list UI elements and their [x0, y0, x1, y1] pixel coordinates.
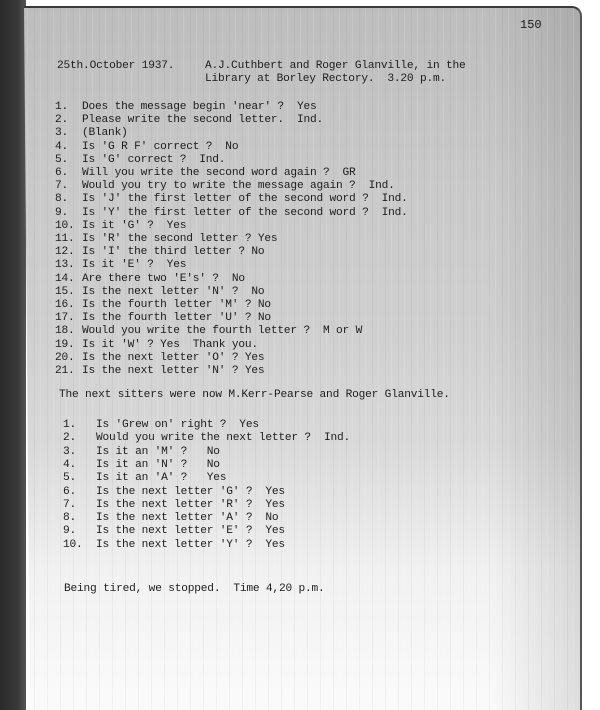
- item-number: 6.: [55, 167, 82, 179]
- item-number: 13.: [55, 259, 82, 271]
- item-text: Will you write the second word again ? G…: [82, 167, 356, 179]
- list-item: 8.Is the next letter 'A' ? No: [63, 512, 278, 524]
- page-shadow: [490, 8, 580, 710]
- item-number: 14.: [55, 273, 82, 285]
- item-number: 18.: [55, 325, 82, 337]
- item-number: 4.: [63, 459, 96, 471]
- list-item: 10.Is it 'G' ? Yes: [55, 220, 186, 232]
- item-number: 7.: [63, 499, 96, 511]
- item-text: Is the next letter 'G' ? Yes: [96, 486, 285, 498]
- list-item: 5.Is it an 'A' ? Yes: [63, 472, 226, 484]
- item-number: 21.: [55, 365, 82, 377]
- item-number: 9.: [63, 525, 96, 537]
- list-item: 13.Is it 'E' ? Yes: [55, 259, 186, 271]
- list-item: 20.Is the next letter 'O' ? Yes: [55, 352, 264, 364]
- page-number: 150: [520, 18, 542, 32]
- list-item: 21.Is the next letter 'N' ? Yes: [55, 365, 264, 377]
- item-text: Is it an 'A' ? Yes: [96, 472, 226, 484]
- item-text: Is the next letter 'A' ? No: [96, 512, 278, 524]
- item-number: 2.: [55, 114, 82, 126]
- item-text: Is the next letter 'R' ? Yes: [96, 499, 285, 511]
- header-location: Library at Borley Rectory. 3.20 p.m.: [205, 73, 446, 85]
- list-item: 7.Would you try to write the message aga…: [55, 180, 395, 192]
- interlude-note: The next sitters were now M.Kerr-Pearse …: [59, 389, 450, 401]
- list-item: 18.Would you write the fourth letter ? M…: [55, 325, 362, 337]
- item-number: 16.: [55, 299, 82, 311]
- list-item: 17.Is the fourth letter 'U' ? No: [55, 312, 271, 324]
- item-text: Is the next letter 'E' ? Yes: [96, 525, 285, 537]
- item-text: Is 'Y' the first letter of the second wo…: [82, 207, 408, 219]
- list-item: 16.Is the fourth letter 'M' ? No: [55, 299, 271, 311]
- item-text: Is the next letter 'Y' ? Yes: [96, 539, 285, 551]
- header-sitters: A.J.Cuthbert and Roger Glanville, in the: [205, 60, 466, 72]
- list-item: 15.Is the next letter 'N' ? No: [55, 286, 264, 298]
- item-number: 6.: [63, 486, 96, 498]
- item-number: 20.: [55, 352, 82, 364]
- list-item: 8.Is 'J' the first letter of the second …: [55, 193, 408, 205]
- item-text: Is it 'W' ? Yes Thank you.: [82, 339, 258, 351]
- item-text: Is 'J' the first letter of the second wo…: [82, 193, 408, 205]
- list-item: 3.Is it an 'M' ? No: [63, 446, 220, 458]
- item-number: 19.: [55, 339, 82, 351]
- closing-note: Being tired, we stopped. Time 4,20 p.m.: [64, 583, 325, 595]
- item-number: 5.: [63, 472, 96, 484]
- item-number: 3.: [55, 127, 82, 139]
- list-item: 4.Is it an 'N' ? No: [63, 459, 220, 471]
- item-text: Is the next letter 'O' ? Yes: [82, 352, 264, 364]
- item-number: 17.: [55, 312, 82, 324]
- item-number: 1.: [63, 419, 96, 431]
- item-number: 8.: [63, 512, 96, 524]
- item-text: Is 'G R F' correct ? No: [82, 141, 238, 153]
- scan-dark-edge: [0, 0, 26, 710]
- list-item: 7.Is the next letter 'R' ? Yes: [63, 499, 285, 511]
- item-text: Is 'I' the third letter ? No: [82, 246, 264, 258]
- list-item: 6.Will you write the second word again ?…: [55, 167, 356, 179]
- item-number: 9.: [55, 207, 82, 219]
- item-text: Is it an 'M' ? No: [96, 446, 220, 458]
- list-item: 9.Is 'Y' the first letter of the second …: [55, 207, 408, 219]
- list-item: 11.Is 'R' the second letter ? Yes: [55, 233, 277, 245]
- item-text: (Blank): [82, 127, 128, 139]
- header-date: 25th.October 1937.: [57, 60, 174, 72]
- item-text: Is it an 'N' ? No: [96, 459, 220, 471]
- item-number: 11.: [55, 233, 82, 245]
- list-item: 6.Is the next letter 'G' ? Yes: [63, 486, 285, 498]
- list-item: 2.Please write the second letter. Ind.: [55, 114, 323, 126]
- item-text: Would you write the next letter ? Ind.: [96, 432, 350, 444]
- list-item: 1.Is 'Grew on' right ? Yes: [63, 419, 259, 431]
- list-item: 19.Is it 'W' ? Yes Thank you.: [55, 339, 258, 351]
- item-text: Please write the second letter. Ind.: [82, 114, 323, 126]
- list-item: 3.(Blank): [55, 127, 128, 139]
- item-text: Is 'R' the second letter ? Yes: [82, 233, 277, 245]
- item-number: 3.: [63, 446, 96, 458]
- list-item: 14.Are there two 'E's' ? No: [55, 273, 245, 285]
- list-item: 12.Is 'I' the third letter ? No: [55, 246, 264, 258]
- list-item: 5.Is 'G' correct ? Ind.: [55, 154, 225, 166]
- item-text: Is 'Grew on' right ? Yes: [96, 419, 259, 431]
- item-number: 2.: [63, 432, 96, 444]
- item-text: Is 'G' correct ? Ind.: [82, 154, 225, 166]
- list-item: 10.Is the next letter 'Y' ? Yes: [63, 539, 285, 551]
- item-number: 8.: [55, 193, 82, 205]
- item-number: 7.: [55, 180, 82, 192]
- item-number: 4.: [55, 141, 82, 153]
- item-number: 10.: [55, 220, 82, 232]
- list-item: 4.Is 'G R F' correct ? No: [55, 141, 238, 153]
- item-text: Is the fourth letter 'U' ? No: [82, 312, 271, 324]
- item-text: Would you write the fourth letter ? M or…: [82, 325, 362, 337]
- item-number: 12.: [55, 246, 82, 258]
- list-item: 9.Is the next letter 'E' ? Yes: [63, 525, 285, 537]
- item-text: Is it 'E' ? Yes: [82, 259, 186, 271]
- list-item: 2.Would you write the next letter ? Ind.: [63, 432, 350, 444]
- item-text: Is the next letter 'N' ? No: [82, 286, 264, 298]
- item-text: Is the fourth letter 'M' ? No: [82, 299, 271, 311]
- item-text: Would you try to write the message again…: [82, 180, 395, 192]
- item-number: 1.: [55, 101, 82, 113]
- item-text: Are there two 'E's' ? No: [82, 273, 245, 285]
- item-text: Does the message begin 'near' ? Yes: [82, 101, 317, 113]
- list-item: 1.Does the message begin 'near' ? Yes: [55, 101, 317, 113]
- item-number: 5.: [55, 154, 82, 166]
- item-number: 10.: [63, 539, 96, 551]
- item-text: Is the next letter 'N' ? Yes: [82, 365, 264, 377]
- item-number: 15.: [55, 286, 82, 298]
- item-text: Is it 'G' ? Yes: [82, 220, 186, 232]
